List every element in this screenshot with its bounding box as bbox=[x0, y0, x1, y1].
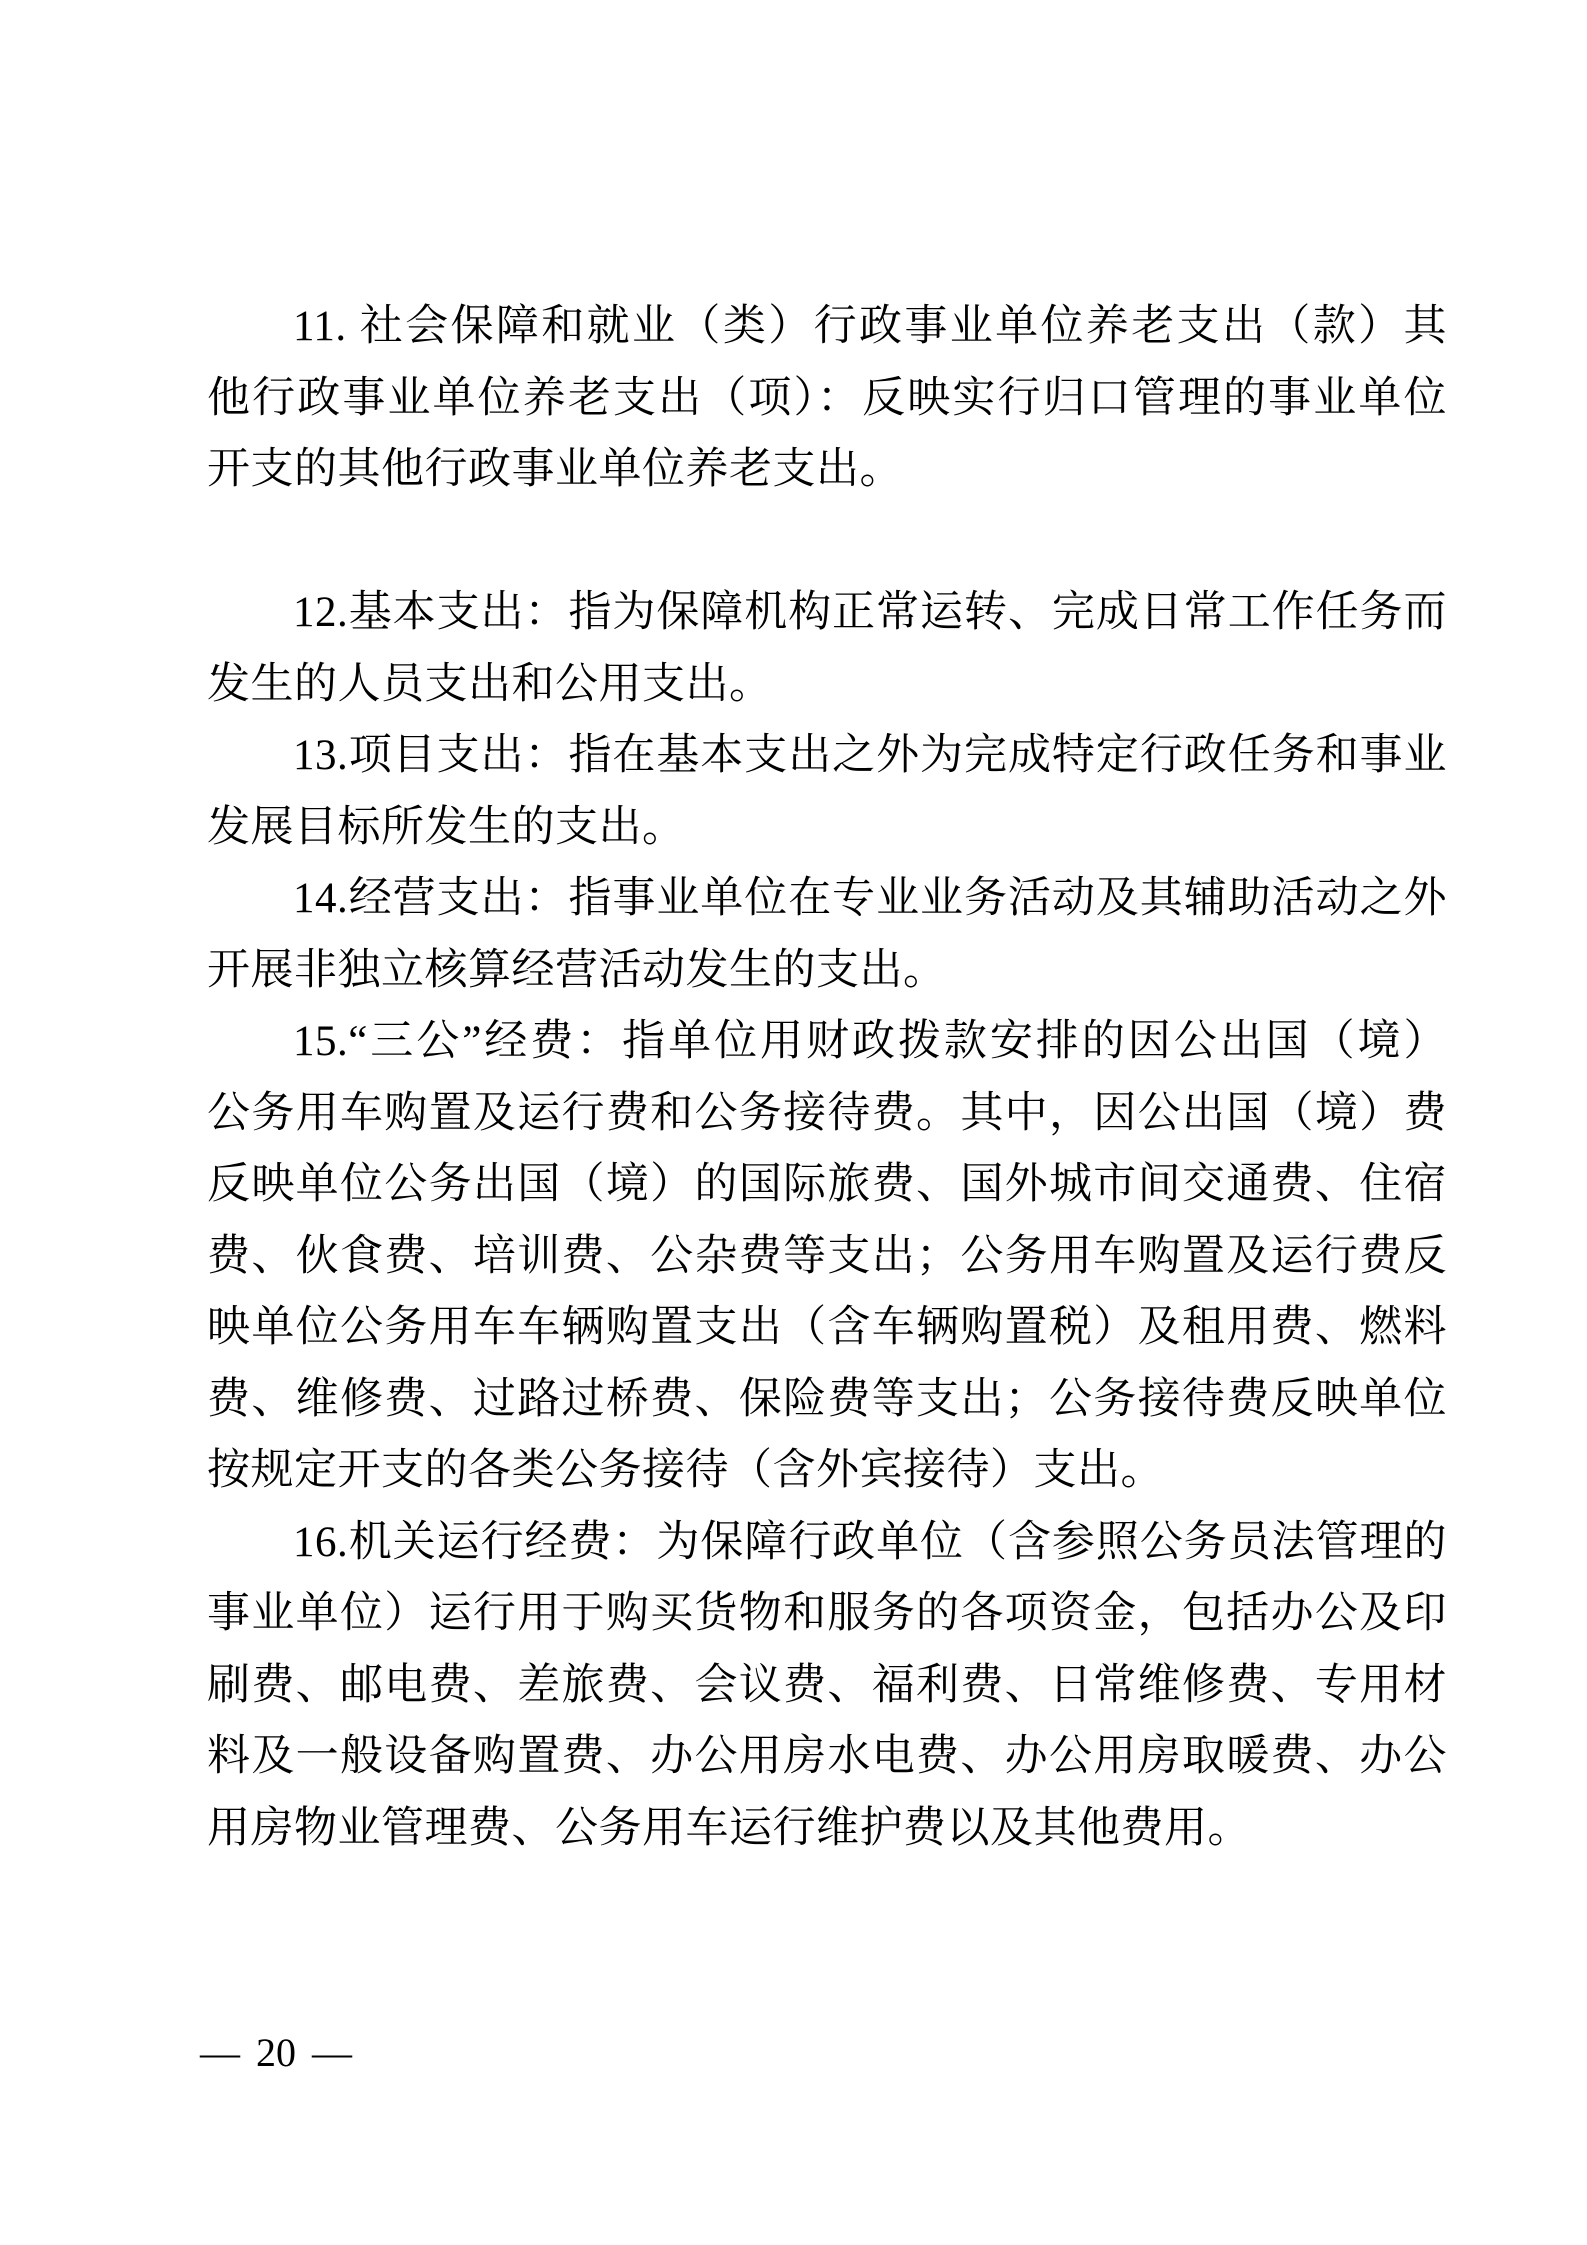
paragraph-item-16: 16.机关运行经费：为保障行政单位（含参照公务员法管理的 事业单位）运行用于购买… bbox=[207, 1507, 1447, 1865]
text-line: 料及一般设备购置费、办公用房水电费、办公用房取暖费、办公 bbox=[207, 1721, 1447, 1793]
footer-dash-left: — bbox=[200, 2030, 240, 2075]
text-line: 映单位公务用车车辆购置支出（含车辆购置税）及租用费、燃料 bbox=[207, 1292, 1447, 1364]
footer-dash-right: — bbox=[312, 2030, 352, 2075]
text-line: 公务用车购置及运行费和公务接待费。其中，因公出国（境）费 bbox=[207, 1078, 1447, 1150]
text-line: 13.项目支出：指在基本支出之外为完成特定行政任务和事业 bbox=[207, 720, 1447, 792]
text-line: 开展非独立核算经营活动发生的支出。 bbox=[207, 935, 1447, 1007]
text-line: 12.基本支出：指为保障机构正常运转、完成日常工作任务而 bbox=[207, 577, 1447, 649]
paragraph-item-13: 13.项目支出：指在基本支出之外为完成特定行政任务和事业 发展目标所发生的支出。 bbox=[207, 720, 1447, 863]
text-line: 费、维修费、过路过桥费、保险费等支出；公务接待费反映单位 bbox=[207, 1364, 1447, 1436]
page-footer: —20— bbox=[200, 2028, 352, 2078]
paragraph-item-12: 12.基本支出：指为保障机构正常运转、完成日常工作任务而 发生的人员支出和公用支… bbox=[207, 577, 1447, 720]
blank-line bbox=[207, 506, 1447, 578]
text-line: 刷费、邮电费、差旅费、会议费、福利费、日常维修费、专用材 bbox=[207, 1650, 1447, 1722]
text-line: 11. 社会保障和就业（类）行政事业单位养老支出（款）其 bbox=[207, 291, 1447, 363]
text-line: 事业单位）运行用于购买货物和服务的各项资金，包括办公及印 bbox=[207, 1578, 1447, 1650]
paragraph-item-15: 15.“三公”经费：指单位用财政拨款安排的因公出国（境）费、 公务用车购置及运行… bbox=[207, 1006, 1447, 1507]
text-line: 16.机关运行经费：为保障行政单位（含参照公务员法管理的 bbox=[207, 1507, 1447, 1579]
text-line: 14.经营支出：指事业单位在专业业务活动及其辅助活动之外 bbox=[207, 863, 1447, 935]
text-line: 发展目标所发生的支出。 bbox=[207, 792, 1447, 864]
text-line: 发生的人员支出和公用支出。 bbox=[207, 649, 1447, 721]
text-line: 用房物业管理费、公务用车运行维护费以及其他费用。 bbox=[207, 1793, 1447, 1865]
document-page: 11. 社会保障和就业（类）行政事业单位养老支出（款）其 他行政事业单位养老支出… bbox=[0, 0, 1587, 2245]
text-line: 按规定开支的各类公务接待（含外宾接待）支出。 bbox=[207, 1435, 1447, 1507]
document-body: 11. 社会保障和就业（类）行政事业单位养老支出（款）其 他行政事业单位养老支出… bbox=[207, 291, 1447, 1864]
text-line: 15.“三公”经费：指单位用财政拨款安排的因公出国（境）费、 bbox=[207, 1006, 1447, 1078]
paragraph-item-14: 14.经营支出：指事业单位在专业业务活动及其辅助活动之外 开展非独立核算经营活动… bbox=[207, 863, 1447, 1006]
text-line: 他行政事业单位养老支出（项）：反映实行归口管理的事业单位 bbox=[207, 363, 1447, 435]
text-line: 反映单位公务出国（境）的国际旅费、国外城市间交通费、住宿 bbox=[207, 1149, 1447, 1221]
page-number: 20 bbox=[256, 2030, 296, 2075]
text-line: 费、伙食费、培训费、公杂费等支出；公务用车购置及运行费反 bbox=[207, 1221, 1447, 1293]
paragraph-item-11: 11. 社会保障和就业（类）行政事业单位养老支出（款）其 他行政事业单位养老支出… bbox=[207, 291, 1447, 506]
text-line: 开支的其他行政事业单位养老支出。 bbox=[207, 434, 1447, 506]
